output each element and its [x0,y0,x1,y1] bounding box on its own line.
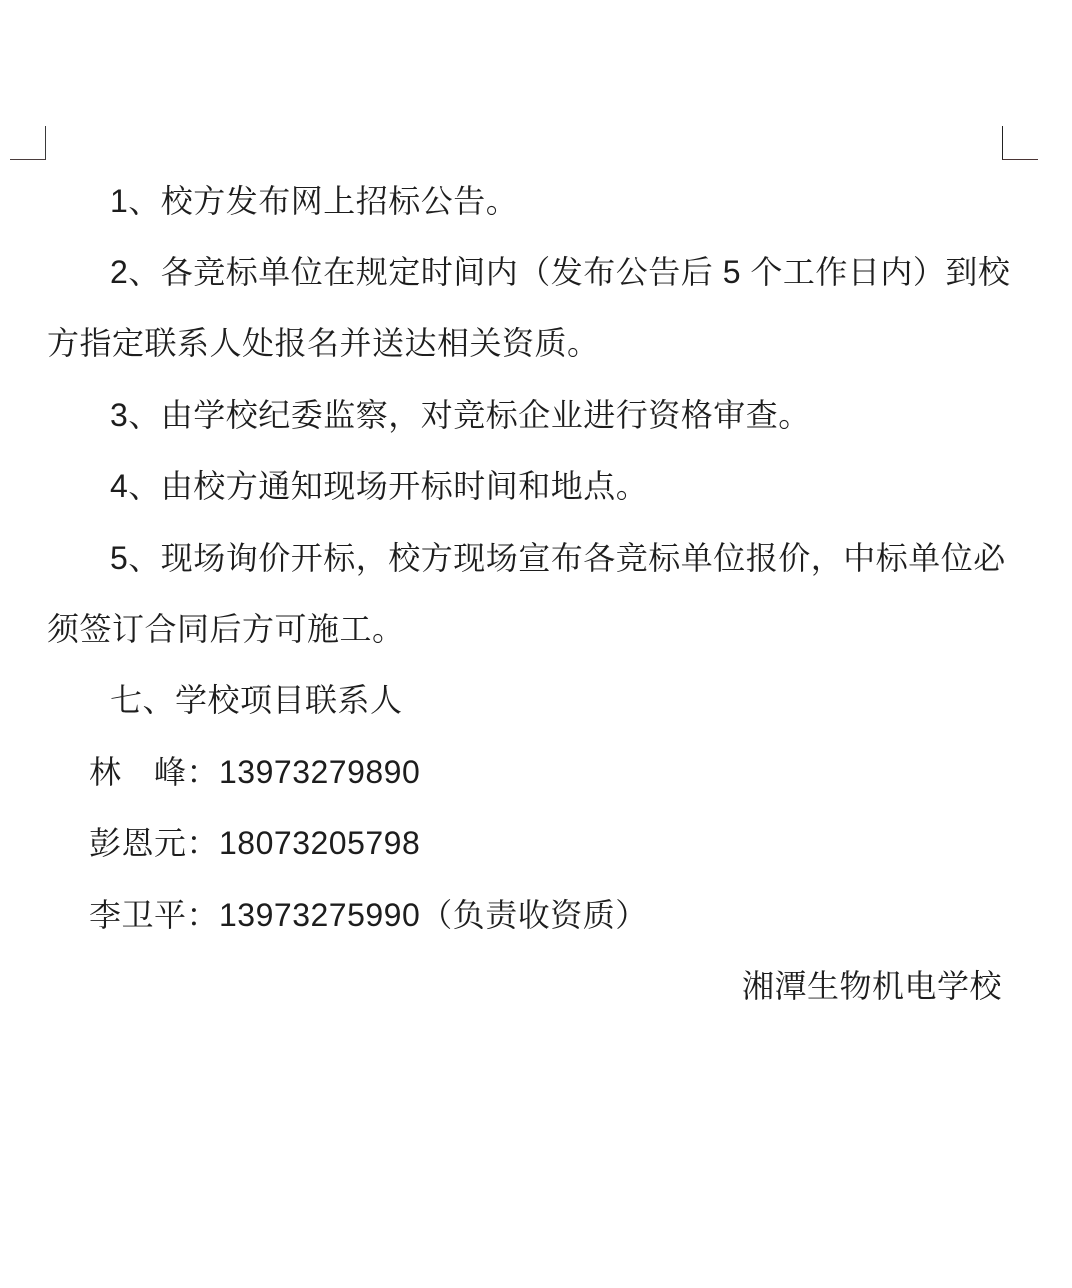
step-1-line: 1、校方发布网上招标公告。 [47,163,1025,234]
contact-line-lin-feng: 林 峰：13973279890 [47,734,1025,805]
step-5-line-2: 须签订合同后方可施工。 [47,591,1025,662]
step-2-line-1: 2、各竞标单位在规定时间内（发布公告后 5 个工作日内）到校 [47,234,1025,305]
step-3-line: 3、由学校纪委监察，对竞标企业进行资格审查。 [47,377,1025,448]
document-body: 1、校方发布网上招标公告。 2、各竞标单位在规定时间内（发布公告后 5 个工作日… [47,163,1025,1020]
document-page: 1、校方发布网上招标公告。 2、各竞标单位在规定时间内（发布公告后 5 个工作日… [0,0,1072,1288]
step-5-line-1: 5、现场询价开标，校方现场宣布各竞标单位报价，中标单位必 [47,520,1025,591]
crop-mark-top-left [10,126,46,160]
step-4-line: 4、由校方通知现场开标时间和地点。 [47,449,1025,520]
crop-mark-top-right [1002,126,1038,160]
contact-line-li-weiping: 李卫平：13973275990（负责收资质） [47,877,1025,948]
section-7-heading: 七、学校项目联系人 [47,663,1025,734]
step-2-line-2: 方指定联系人处报名并送达相关资质。 [47,306,1025,377]
signature-school-name: 湘潭生物机电学校 [47,948,1025,1019]
contact-line-peng-enyuan: 彭恩元：18073205798 [47,806,1025,877]
